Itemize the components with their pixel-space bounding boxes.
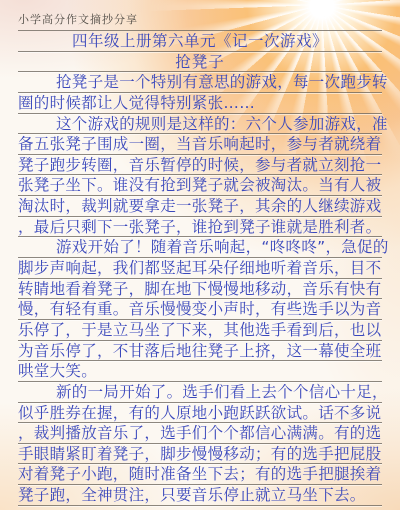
essay-line: 游戏开始了！随着音乐响起，“咚咚咚”，急促的	[18, 237, 382, 258]
essay-line: 乐停了，于是立马坐了下来，其他选手看到后，也以	[18, 320, 382, 341]
essay-line: 哄堂大笑。	[18, 361, 382, 382]
essay-line: 慢，有轻有重。音乐慢慢变小声时，有些选手以为音	[18, 299, 382, 320]
essay-line: 新的一局开始了。选手们看上去个个信心十足，	[18, 382, 382, 403]
ruled-sheet: 四年级上册第六单元《记一次游戏》 抢凳子 抢凳子是一个特别有意思的游戏，每一次跑…	[18, 30, 382, 506]
essay-line: 手眼睛紧盯着凳子，脚步慢慢移动；有的选手把屁股	[18, 444, 382, 465]
essay-line: 淘汰时，裁判就要拿走一张凳子，其余的人继续游戏	[18, 196, 382, 217]
essay-line: 凳子跑步转圈，音乐暂停的时候，参与者就立刻抢一	[18, 155, 382, 176]
essay-line: 为音乐停了，不甘落后地往凳子上挤，这一幕使全班	[18, 341, 382, 362]
essay-page: 小学高分作文摘抄分享 四年级上册第六单元《记一次游戏》 抢凳子 抢凳子是一个特别…	[0, 0, 400, 510]
essay-line: 脚步声响起，我们都竖起耳朵仔细地听着音乐，目不	[18, 258, 382, 279]
essay-body: 抢凳子是一个特别有意思的游戏，每一次跑步转圈的时候都让人觉得特别紧张……这个游戏…	[18, 72, 382, 505]
essay-line: 抢凳子是一个特别有意思的游戏，每一次跑步转	[18, 72, 382, 93]
watermark-text: 小学高分作文摘抄分享	[18, 11, 138, 27]
essay-line: 圈的时候都让人觉得特别紧张……	[18, 93, 382, 114]
essay-line: 张凳子坐下。谁没有抢到凳子就会被淘汰。当有人被	[18, 175, 382, 196]
essay-line: 转睛地看着凳子，脚在地下慢慢地移动，音乐有快有	[18, 279, 382, 300]
essay-line: 备五张凳子围成一圈，当音乐响起时，参与者就绕着	[18, 134, 382, 155]
essay-line: 似乎胜券在握，有的人原地小跑跃跃欲试。话不多说	[18, 403, 382, 424]
essay-title: 四年级上册第六单元《记一次游戏》	[18, 31, 382, 52]
essay-line: 这个游戏的规则是这样的：六个人参加游戏，准	[18, 114, 382, 135]
essay-line: ，最后只剩下一张凳子，谁抢到凳子谁就是胜利者。	[18, 217, 382, 238]
essay-subtitle: 抢凳子	[18, 52, 382, 73]
essay-line: 对着凳子小跑，随时准备坐下去；有的选手把腿挨着	[18, 464, 382, 485]
essay-line: 凳子跑，全神贯注，只要音乐停止就立马坐下去。	[18, 485, 382, 506]
essay-line: ，裁判播放音乐了，选手们个个都信心满满。有的选	[18, 423, 382, 444]
